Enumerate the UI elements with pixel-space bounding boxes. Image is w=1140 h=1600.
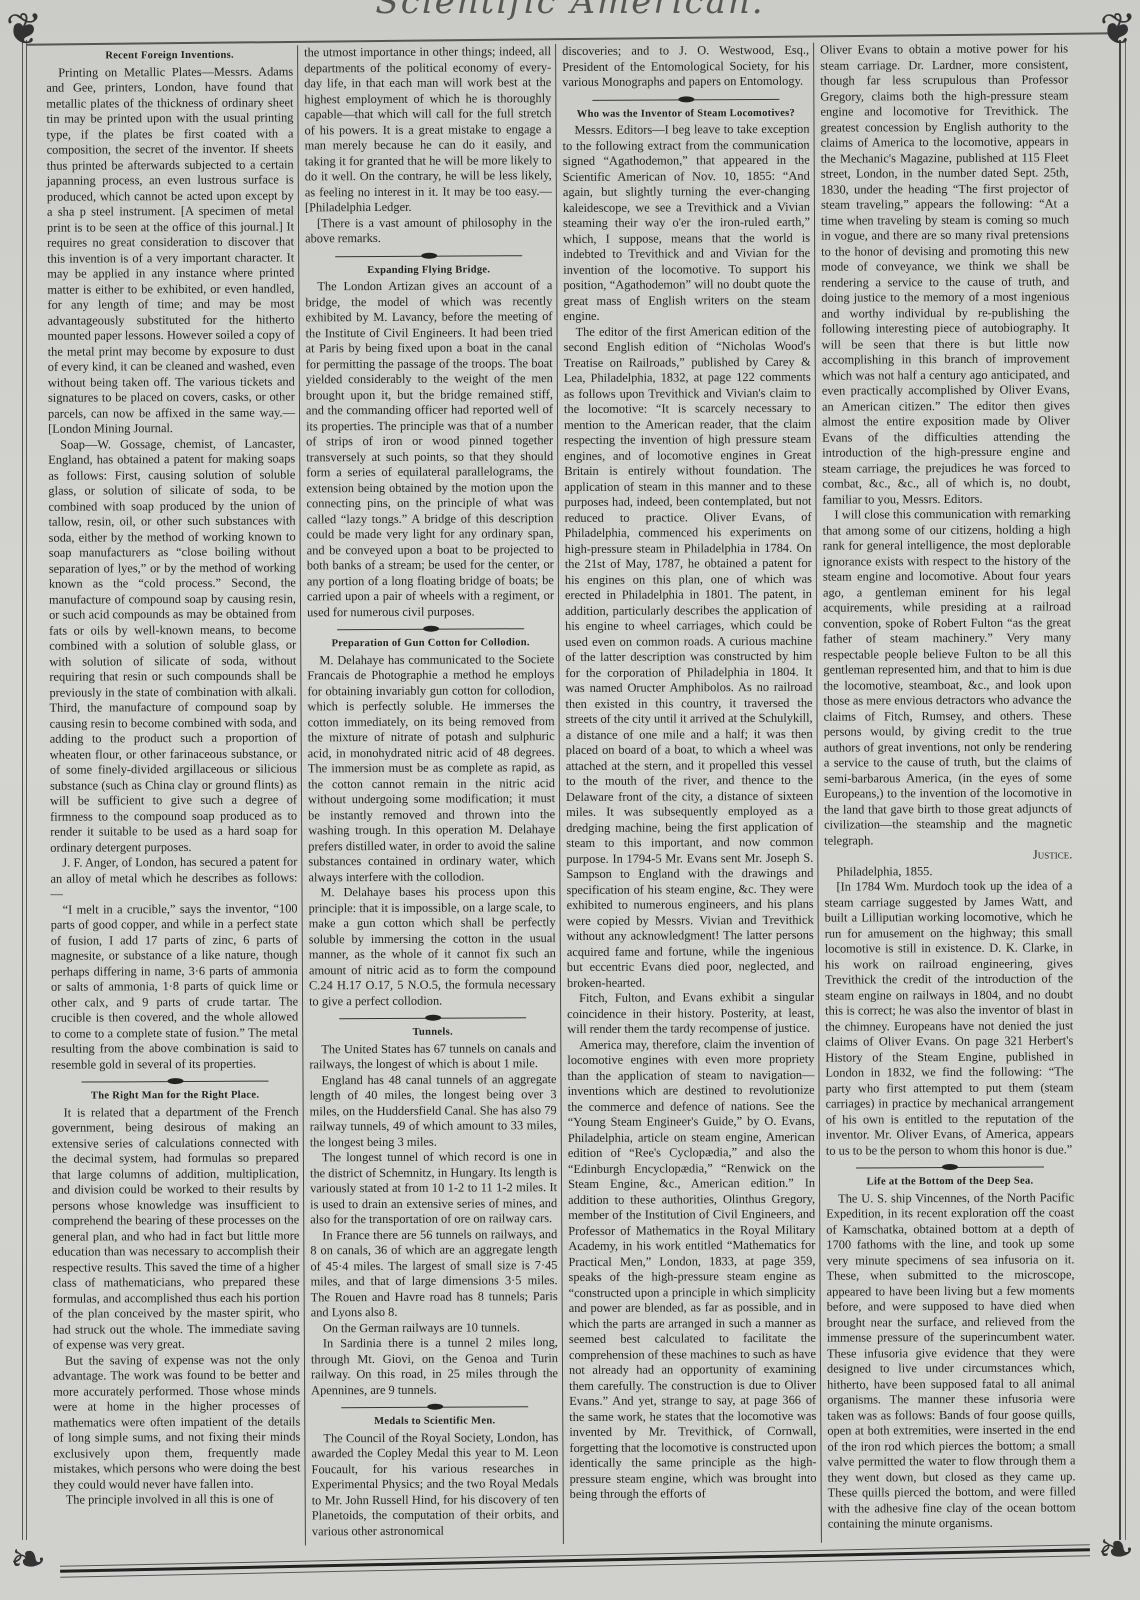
article-heading: Who was the Inventor of Steam Locomotive… [562,105,809,122]
paragraph: England has 48 canal tunnels of an aggre… [309,1072,556,1151]
article-heading: The Right Man for the Right Place. [52,1087,299,1104]
paragraph: The Council of the Royal Society, London… [311,1430,559,1540]
paragraph: The longest tunnel of which record is on… [310,1149,557,1228]
corner-ornament-icon: ❧ [1096,1520,1136,1580]
paragraph: Oliver Evans to obtain a motive power fo… [820,41,1070,507]
paragraph: The U. S. ship Vincennes, of the North P… [826,1190,1076,1532]
article-heading: Medals to Scientific Men. [311,1413,558,1430]
corner-ornament-icon: ❧ [8,1530,48,1590]
bottom-rule [60,1544,1090,1578]
section-divider [856,1162,1044,1173]
section-divider [81,1076,268,1087]
article-heading: Recent Foreign Inventions. [46,47,293,64]
right-border [1119,40,1126,1540]
section-divider [335,250,522,261]
column-2: the utmost importance in other things; i… [298,44,564,1545]
paragraph: But the saving of expense was not the on… [53,1352,301,1493]
paragraph: I will close this communication with rem… [823,506,1073,848]
paragraph: J. F. Anger, of London, has secured a pa… [50,854,297,902]
section-divider [339,1012,526,1023]
signature: Justice. [824,847,1072,864]
article-heading: Life at the Bottom of the Deep Sea. [826,1173,1074,1190]
paragraph: Soap—W. Gossage, chemist, of Lancaster, … [48,436,297,856]
article-heading: Tunnels. [309,1024,556,1041]
section-divider [592,93,779,104]
newspaper-page: Scientific American. ❦ ❦ ❧ ❧ Recent Fore… [0,0,1140,1600]
paragraph: In Sardinia there is a tunnel 2 miles lo… [311,1335,558,1398]
paragraph: M. Delahaye has communicated to the Soci… [307,652,555,886]
paragraph: In France there are 56 tunnels on railwa… [310,1227,557,1321]
paragraph: Philadelphia, 1855. [824,863,1072,880]
paragraph: The principle involved in all this is on… [54,1491,301,1508]
section-divider [337,623,524,634]
paragraph: The United States has 67 tunnels on cana… [309,1041,556,1073]
paragraph: discoveries; and to J. O. Westwood, Esq.… [562,43,809,91]
paragraph: Messrs. Editors—I beg leave to take exce… [562,122,810,325]
paragraph: The London Artizan gives an account of a… [305,278,554,620]
article-heading: Expanding Flying Bridge. [305,262,552,279]
column-1: Recent Foreign Inventions.Printing on Me… [40,45,306,1546]
paragraph: Printing on Metallic Plates—Messrs. Adam… [46,64,295,437]
paragraph: [In 1784 Wm. Murdoch took up the idea of… [824,878,1073,1158]
paragraph: Fitch, Fulton, and Evans exhibit a singu… [567,990,814,1038]
column-4: Oliver Evans to obtain a motive power fo… [814,41,1080,1542]
section-divider [341,1401,528,1412]
paragraph: It is related that a department of the F… [52,1104,300,1353]
left-border [22,40,27,1540]
paragraph: [There is a vast amount of philosophy in… [305,215,552,247]
article-heading: Preparation of Gun Cotton for Collodion. [307,635,554,652]
paragraph: America may, therefore, claim the invent… [567,1036,816,1502]
column-3: discoveries; and to J. O. Westwood, Esq.… [556,43,822,1544]
corner-ornament-icon: ❦ [1098,0,1138,60]
masthead-title: Scientific American. [0,0,1140,22]
paragraph: “I melt in a crucible,” says the invento… [51,901,299,1073]
paragraph: The editor of the first American edition… [564,323,814,991]
article-columns: Recent Foreign Inventions.Printing on Me… [40,41,1098,1546]
paragraph: M. Delahaye bases his process upon this … [308,884,556,1009]
paragraph: the utmost importance in other things; i… [304,44,552,216]
paragraph: On the German railways are 10 tunnels. [311,1320,558,1337]
corner-ornament-icon: ❦ [4,0,44,60]
